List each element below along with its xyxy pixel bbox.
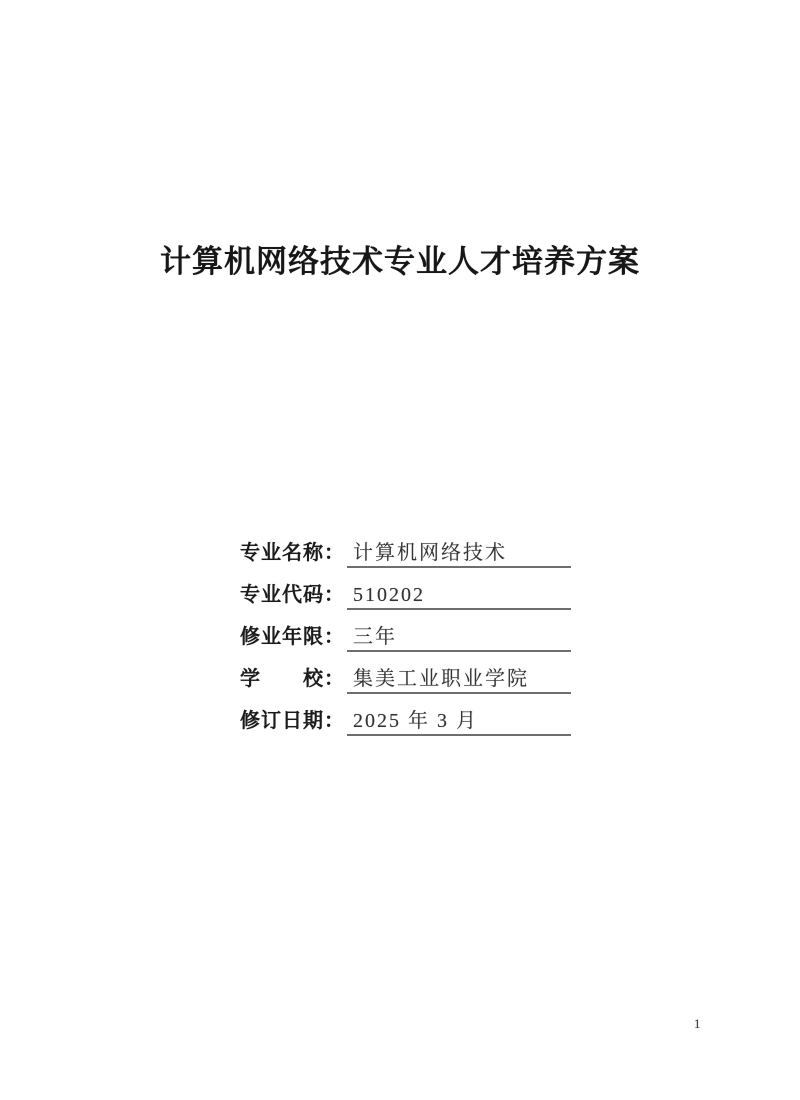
field-row-major-code: 专业代码： 510202: [240, 578, 571, 620]
school-label: 学 校：: [240, 662, 345, 691]
school-value: 集美工业职业学院: [347, 662, 571, 694]
cover-fields: 专业名称： 计算机网络技术 专业代码： 510202 修业年限： 三年 学 校：…: [240, 536, 571, 746]
major-name-value: 计算机网络技术: [347, 536, 571, 568]
major-name-label: 专业名称：: [240, 536, 345, 565]
document-page: 计算机网络技术专业人才培养方案 专业名称： 计算机网络技术 专业代码： 5102…: [0, 0, 800, 1100]
field-row-school: 学 校： 集美工业职业学院: [240, 662, 571, 704]
field-row-revision-date: 修订日期： 2025 年 3 月: [240, 704, 571, 746]
study-duration-value: 三年: [347, 620, 571, 652]
major-code-label: 专业代码：: [240, 578, 345, 607]
document-title: 计算机网络技术专业人才培养方案: [0, 236, 800, 281]
field-row-study-duration: 修业年限： 三年: [240, 620, 571, 662]
page-number: 1: [694, 1016, 701, 1032]
field-row-major-name: 专业名称： 计算机网络技术: [240, 536, 571, 578]
major-code-value: 510202: [347, 584, 571, 610]
revision-date-value: 2025 年 3 月: [347, 704, 571, 736]
study-duration-label: 修业年限：: [240, 620, 345, 649]
revision-date-label: 修订日期：: [240, 704, 345, 733]
